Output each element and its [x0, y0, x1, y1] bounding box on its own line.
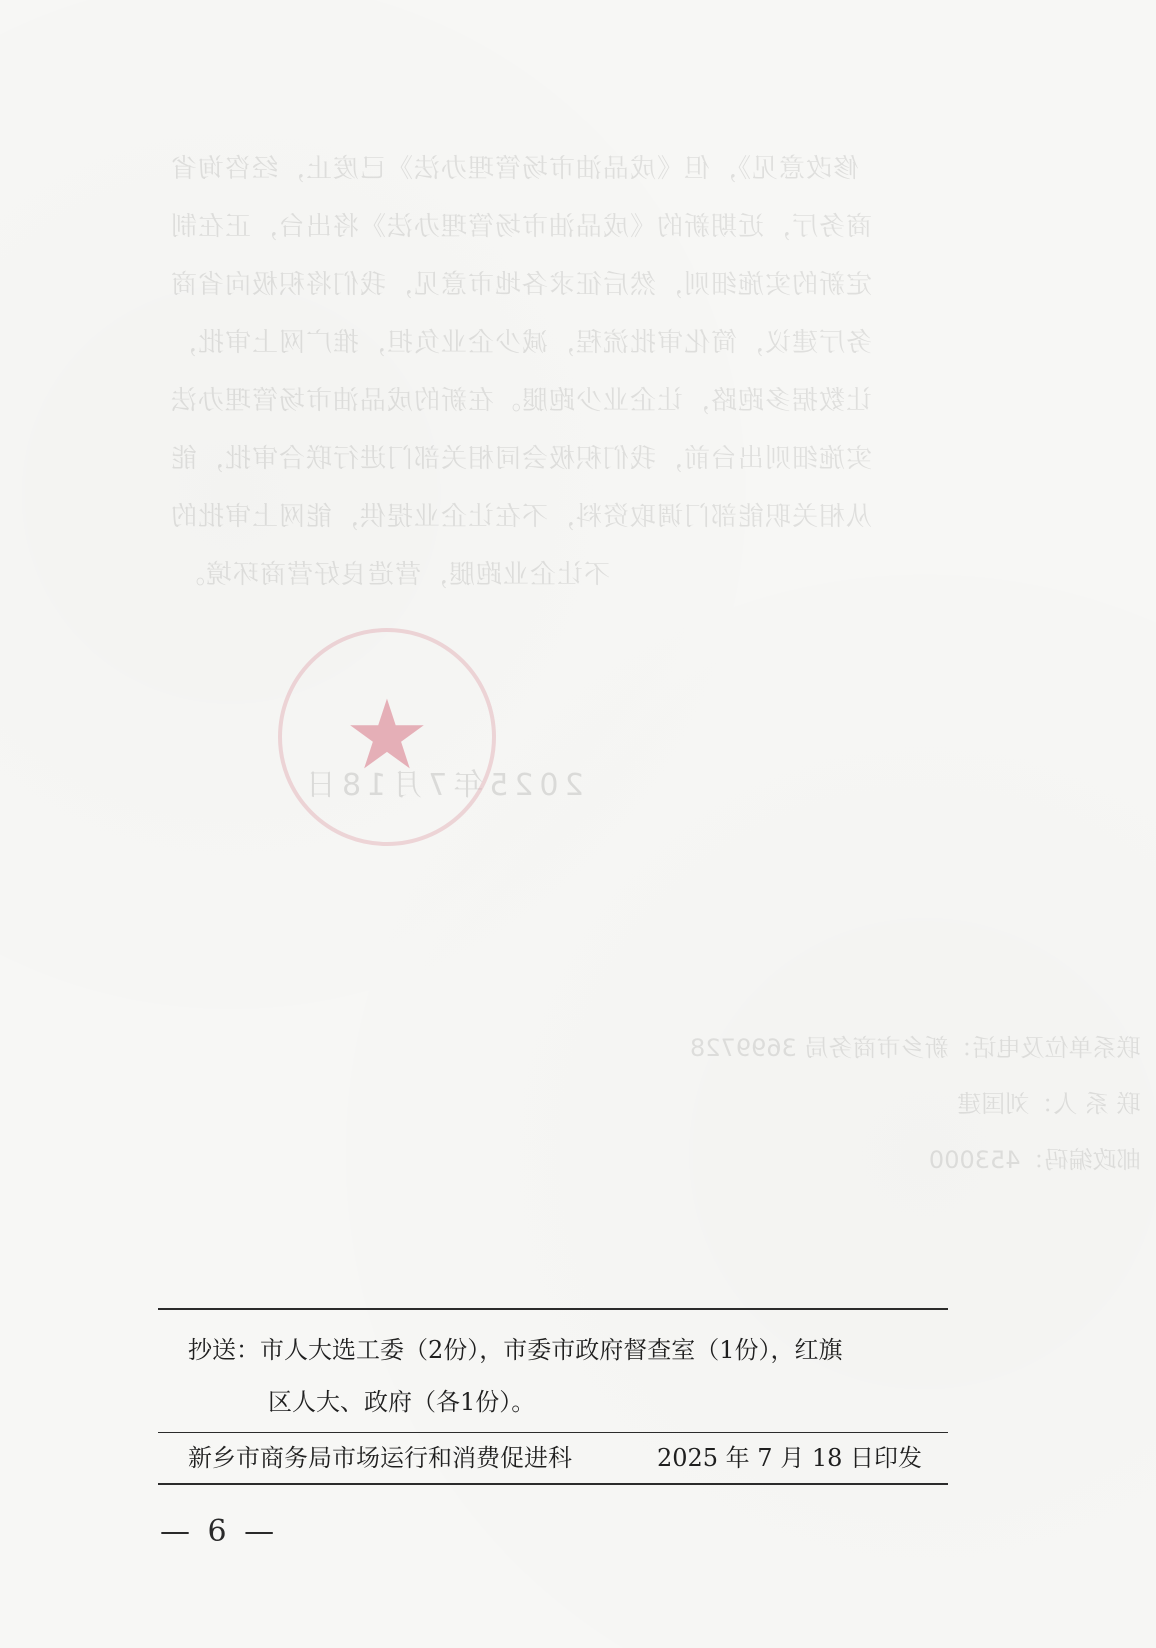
bleed-line: 务厅建议，简化审批流程，减少企业负担，推广网上审批， [170, 314, 990, 372]
bleed-line: 修改意见》，但《成品油市场管理办法》已废止，经咨询省 [170, 140, 990, 198]
cc-line-2: 区人大、政府（各1份）。 [188, 1376, 948, 1428]
cc-recipients: 市人大选工委（2份），市委市政府督查室（1份），红旗 [260, 1336, 843, 1364]
issue-date: 2025 年 7 月 18 日印发 [657, 1441, 922, 1475]
contact-line: 联 系 人：刘国建 [690, 1076, 1141, 1132]
cc-distribution: 抄送：市人大选工委（2份），市委市政府督查室（1份），红旗 区人大、政府（各1份… [158, 1310, 948, 1432]
bleed-line: 让数据多跑路，让企业少跑腿。在新的成品油市场管理办法 [170, 372, 990, 430]
issue-info: 新乡市商务局市场运行和消费促进科 2025 年 7 月 18 日印发 [158, 1433, 948, 1483]
bleed-line: 商务厅，近期新的《成品油市场管理办法》将出台，正在制 [170, 198, 990, 256]
bleed-line: 定新的实施细则，然后征求各地市意见，我们将积极向省商 [170, 256, 990, 314]
seal-date-bleed: 2025年7月18日 [300, 760, 584, 804]
cc-line-1: 抄送：市人大选工委（2份），市委市政府督查室（1份），红旗 [188, 1324, 948, 1376]
cc-label: 抄送： [188, 1336, 260, 1364]
contact-info-bleed: 联系单位及电话：新乡市商务局 3699728 联 系 人：刘国建 邮政编码：45… [690, 1020, 1141, 1188]
bleed-line: 实施细则出台前，我们积极会同相关部门进行联合审批，能 [170, 430, 990, 488]
bleed-through-text: 修改意见》，但《成品油市场管理办法》已废止，经咨询省 商务厅，近期新的《成品油市… [170, 140, 990, 604]
issuing-office: 新乡市商务局市场运行和消费促进科 [188, 1441, 572, 1475]
bottom-divider [158, 1483, 948, 1485]
bleed-line: 从相关职能部门调取资料，不在让企业提供，能网上审批的 [170, 488, 990, 546]
contact-line: 邮政编码：453000 [690, 1132, 1141, 1188]
page-number: — 6 — [160, 1514, 278, 1549]
document-record-section: 抄送：市人大选工委（2份），市委市政府督查室（1份），红旗 区人大、政府（各1份… [158, 1308, 948, 1485]
bleed-line: 不让企业跑腿，营造良好营商环境。 [170, 546, 990, 604]
contact-line: 联系单位及电话：新乡市商务局 3699728 [690, 1020, 1141, 1076]
official-seal-bleed: ★ [278, 628, 496, 846]
